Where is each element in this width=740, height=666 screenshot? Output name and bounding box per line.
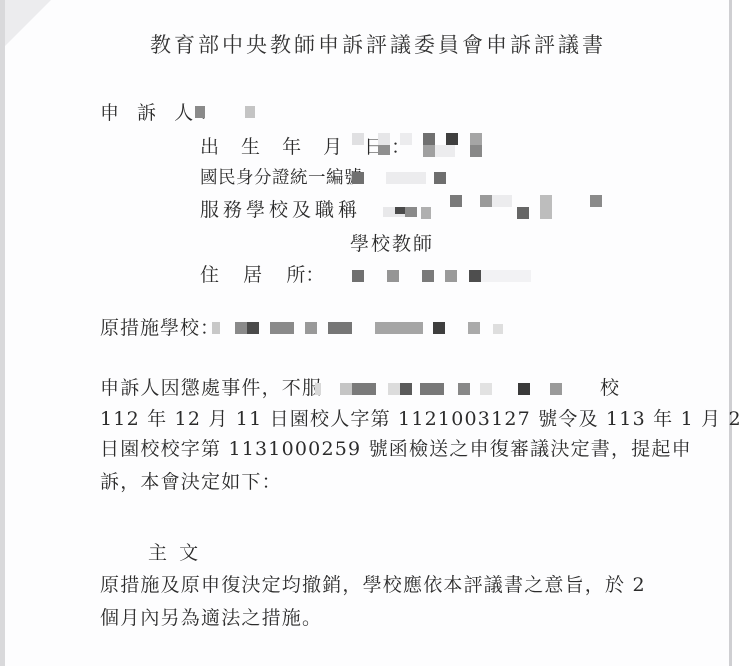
national-id-label: 國民身分證統一編號 — [200, 166, 362, 190]
page-left-edge — [0, 0, 5, 666]
body-line-2: 112 年 12 月 11 日園校人字第 1121003127 號令及 113 … — [100, 407, 740, 431]
ruling-line-2: 個月內另為適法之措施。 — [100, 606, 322, 630]
page-margin — [732, 0, 740, 666]
body-line-1: 申訴人因懲處事件，不服 — [100, 376, 322, 400]
school-and-title-label: 服務學校及職稱 — [200, 198, 361, 222]
appellant-label: 申 訴 人： — [100, 101, 224, 125]
residence-label: 住 居 所： — [200, 263, 324, 287]
document-page: 教育部中央教師申訴評議委員會申訴評議書 申 訴 人： 出 生 年 月 日： 國民… — [0, 0, 740, 666]
job-title: 學校教師 — [350, 232, 434, 256]
ruling-line-1: 原措施及原申復決定均撤銷，學校應依本評議書之意旨，於 2 — [100, 573, 646, 597]
body-line-4: 訴，本會決定如下： — [100, 470, 282, 494]
folded-corner — [5, 0, 51, 46]
body-line-3: 日園校校字第 1131000259 號函檢送之申復審議決定書，提起申 — [100, 437, 692, 461]
document-title: 教育部中央教師申訴評議委員會申訴評議書 — [150, 33, 606, 57]
original-school-label: 原措施學校： — [100, 316, 220, 340]
body-line-1-end: 校 — [600, 376, 619, 400]
ruling-heading: 主 文 — [148, 541, 198, 565]
